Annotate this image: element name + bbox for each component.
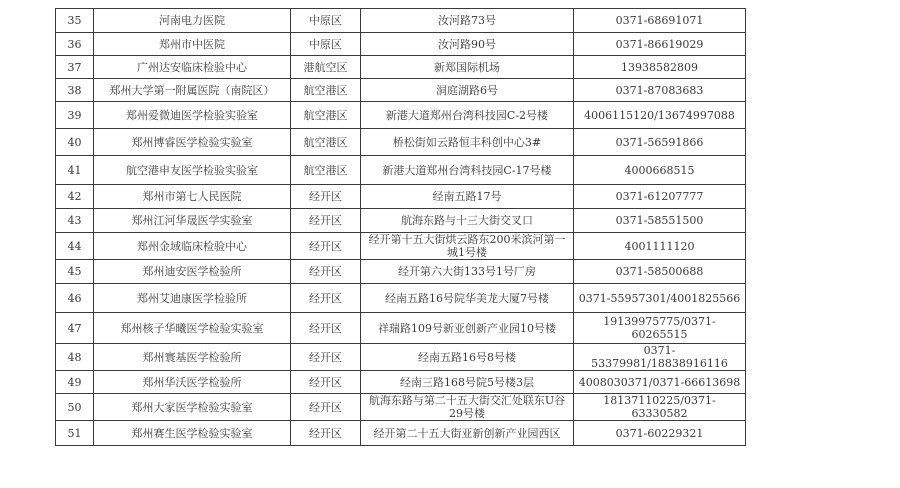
row-number-cell: 39 (56, 102, 94, 129)
district-cell: 经开区 (291, 284, 361, 313)
table-row: 41航空港申友医学检验实验室航空港区新港大道郑州台湾科技园C-17号楼40006… (56, 156, 746, 185)
row-number-cell: 44 (56, 233, 94, 260)
table-body: 35河南电力医院中原区汝河路73号0371-6869107136郑州市中医院中原… (56, 9, 746, 446)
row-number-cell: 42 (56, 185, 94, 209)
phone-cell: 0371-58500688 (574, 260, 746, 284)
phone-cell: 0371-87083683 (574, 79, 746, 102)
phone-cell: 13938582809 (574, 56, 746, 79)
address-cell: 航海东路与第二十五大街交汇处联东U谷29号楼 (361, 394, 574, 421)
address-cell: 经南五路16号8号楼 (361, 344, 574, 371)
institution-name-cell: 郑州市中医院 (94, 33, 291, 56)
phone-cell: 18137110225/0371-63330582 (574, 394, 746, 421)
table-row: 39郑州爱微迪医学检验实验室航空港区新港大道郑州台湾科技园C-2号楼400611… (56, 102, 746, 129)
institution-name-cell: 郑州爱微迪医学检验实验室 (94, 102, 291, 129)
district-cell: 港航空区 (291, 56, 361, 79)
row-number-cell: 36 (56, 33, 94, 56)
address-cell: 经开第二十五大街亚新创新产业园西区 (361, 421, 574, 446)
address-cell: 祥瑞路109号新亚创新产业园10号楼 (361, 313, 574, 344)
institution-name-cell: 广州达安临床检验中心 (94, 56, 291, 79)
district-cell: 经开区 (291, 233, 361, 260)
address-cell: 洞庭湖路6号 (361, 79, 574, 102)
phone-cell: 4001111120 (574, 233, 746, 260)
table-row: 43郑州江河华晟医学实验室经开区航海东路与十三大街交叉口0371-5855150… (56, 209, 746, 233)
institution-name-cell: 郑州赛生医学检验实验室 (94, 421, 291, 446)
table-row: 51郑州赛生医学检验实验室经开区经开第二十五大街亚新创新产业园西区0371-60… (56, 421, 746, 446)
table-row: 47郑州核子华曦医学检验实验室经开区祥瑞路109号新亚创新产业园10号楼1913… (56, 313, 746, 344)
phone-cell: 0371-60229321 (574, 421, 746, 446)
district-cell: 经开区 (291, 344, 361, 371)
row-number-cell: 37 (56, 56, 94, 79)
district-cell: 经开区 (291, 260, 361, 284)
table-row: 35河南电力医院中原区汝河路73号0371-68691071 (56, 9, 746, 33)
row-number-cell: 46 (56, 284, 94, 313)
institution-name-cell: 郑州江河华晟医学实验室 (94, 209, 291, 233)
district-cell: 经开区 (291, 313, 361, 344)
address-cell: 桥松街如云路恒丰科创中心3# (361, 129, 574, 156)
institution-name-cell: 郑州寰基医学检验所 (94, 344, 291, 371)
district-cell: 经开区 (291, 394, 361, 421)
table-row: 36郑州市中医院中原区汝河路90号0371-86619029 (56, 33, 746, 56)
address-cell: 经南三路168号院5号楼3层 (361, 371, 574, 394)
phone-cell: 19139975775/0371-60265515 (574, 313, 746, 344)
institution-name-cell: 郑州华沃医学检验所 (94, 371, 291, 394)
district-cell: 经开区 (291, 185, 361, 209)
institution-name-cell: 郑州市第七人民医院 (94, 185, 291, 209)
phone-cell: 0371-55957301/4001825566 (574, 284, 746, 313)
district-cell: 中原区 (291, 33, 361, 56)
address-cell: 汝河路90号 (361, 33, 574, 56)
address-cell: 航海东路与十三大街交叉口 (361, 209, 574, 233)
row-number-cell: 35 (56, 9, 94, 33)
district-cell: 中原区 (291, 9, 361, 33)
district-cell: 航空港区 (291, 129, 361, 156)
phone-cell: 4008030371/0371-66613698 (574, 371, 746, 394)
phone-cell: 0371-86619029 (574, 33, 746, 56)
table-row: 50郑州大家医学检验实验室经开区航海东路与第二十五大街交汇处联东U谷29号楼18… (56, 394, 746, 421)
institution-name-cell: 航空港申友医学检验实验室 (94, 156, 291, 185)
district-cell: 航空港区 (291, 102, 361, 129)
table-row: 49郑州华沃医学检验所经开区经南三路168号院5号楼3层4008030371/0… (56, 371, 746, 394)
institution-name-cell: 郑州迪安医学检验所 (94, 260, 291, 284)
phone-cell: 0371-56591866 (574, 129, 746, 156)
address-cell: 新港大道郑州台湾科技园C-17号楼 (361, 156, 574, 185)
institution-name-cell: 郑州核子华曦医学检验实验室 (94, 313, 291, 344)
address-cell: 汝河路73号 (361, 9, 574, 33)
institution-name-cell: 河南电力医院 (94, 9, 291, 33)
table-row: 38郑州大学第一附属医院（南院区）航空港区洞庭湖路6号0371-87083683 (56, 79, 746, 102)
phone-cell: 0371-53379981/18838916116 (574, 344, 746, 371)
institution-name-cell: 郑州博睿医学检验实验室 (94, 129, 291, 156)
table-row: 46郑州艾迪康医学检验所经开区经南五路16号院华美龙大厦7号楼0371-5595… (56, 284, 746, 313)
address-cell: 经开第十五大街烘云路东200米滨河第一城1号楼 (361, 233, 574, 260)
table-row: 44郑州金域临床检验中心经开区经开第十五大街烘云路东200米滨河第一城1号楼40… (56, 233, 746, 260)
table-row: 42郑州市第七人民医院经开区经南五路17号0371-61207777 (56, 185, 746, 209)
table-row: 48郑州寰基医学检验所经开区经南五路16号8号楼0371-53379981/18… (56, 344, 746, 371)
phone-cell: 4000668515 (574, 156, 746, 185)
district-cell: 经开区 (291, 421, 361, 446)
address-cell: 新郑国际机场 (361, 56, 574, 79)
district-cell: 经开区 (291, 371, 361, 394)
address-cell: 经南五路17号 (361, 185, 574, 209)
table-row: 40郑州博睿医学检验实验室航空港区桥松街如云路恒丰科创中心3#0371-5659… (56, 129, 746, 156)
row-number-cell: 43 (56, 209, 94, 233)
row-number-cell: 50 (56, 394, 94, 421)
district-cell: 航空港区 (291, 79, 361, 102)
institution-name-cell: 郑州金域临床检验中心 (94, 233, 291, 260)
row-number-cell: 41 (56, 156, 94, 185)
address-cell: 经南五路16号院华美龙大厦7号楼 (361, 284, 574, 313)
row-number-cell: 40 (56, 129, 94, 156)
phone-cell: 0371-61207777 (574, 185, 746, 209)
table-row: 37广州达安临床检验中心港航空区新郑国际机场13938582809 (56, 56, 746, 79)
institution-name-cell: 郑州大家医学检验实验室 (94, 394, 291, 421)
phone-cell: 0371-68691071 (574, 9, 746, 33)
institution-name-cell: 郑州大学第一附属医院（南院区） (94, 79, 291, 102)
row-number-cell: 38 (56, 79, 94, 102)
district-cell: 航空港区 (291, 156, 361, 185)
institution-name-cell: 郑州艾迪康医学检验所 (94, 284, 291, 313)
address-cell: 新港大道郑州台湾科技园C-2号楼 (361, 102, 574, 129)
phone-cell: 4006115120/13674997088 (574, 102, 746, 129)
table-row: 45郑州迪安医学检验所经开区经开第六大街133号1号厂房0371-5850068… (56, 260, 746, 284)
lab-institution-table: 35河南电力医院中原区汝河路73号0371-6869107136郑州市中医院中原… (55, 8, 746, 446)
district-cell: 经开区 (291, 209, 361, 233)
row-number-cell: 45 (56, 260, 94, 284)
phone-cell: 0371-58551500 (574, 209, 746, 233)
row-number-cell: 47 (56, 313, 94, 344)
row-number-cell: 51 (56, 421, 94, 446)
address-cell: 经开第六大街133号1号厂房 (361, 260, 574, 284)
row-number-cell: 48 (56, 344, 94, 371)
row-number-cell: 49 (56, 371, 94, 394)
